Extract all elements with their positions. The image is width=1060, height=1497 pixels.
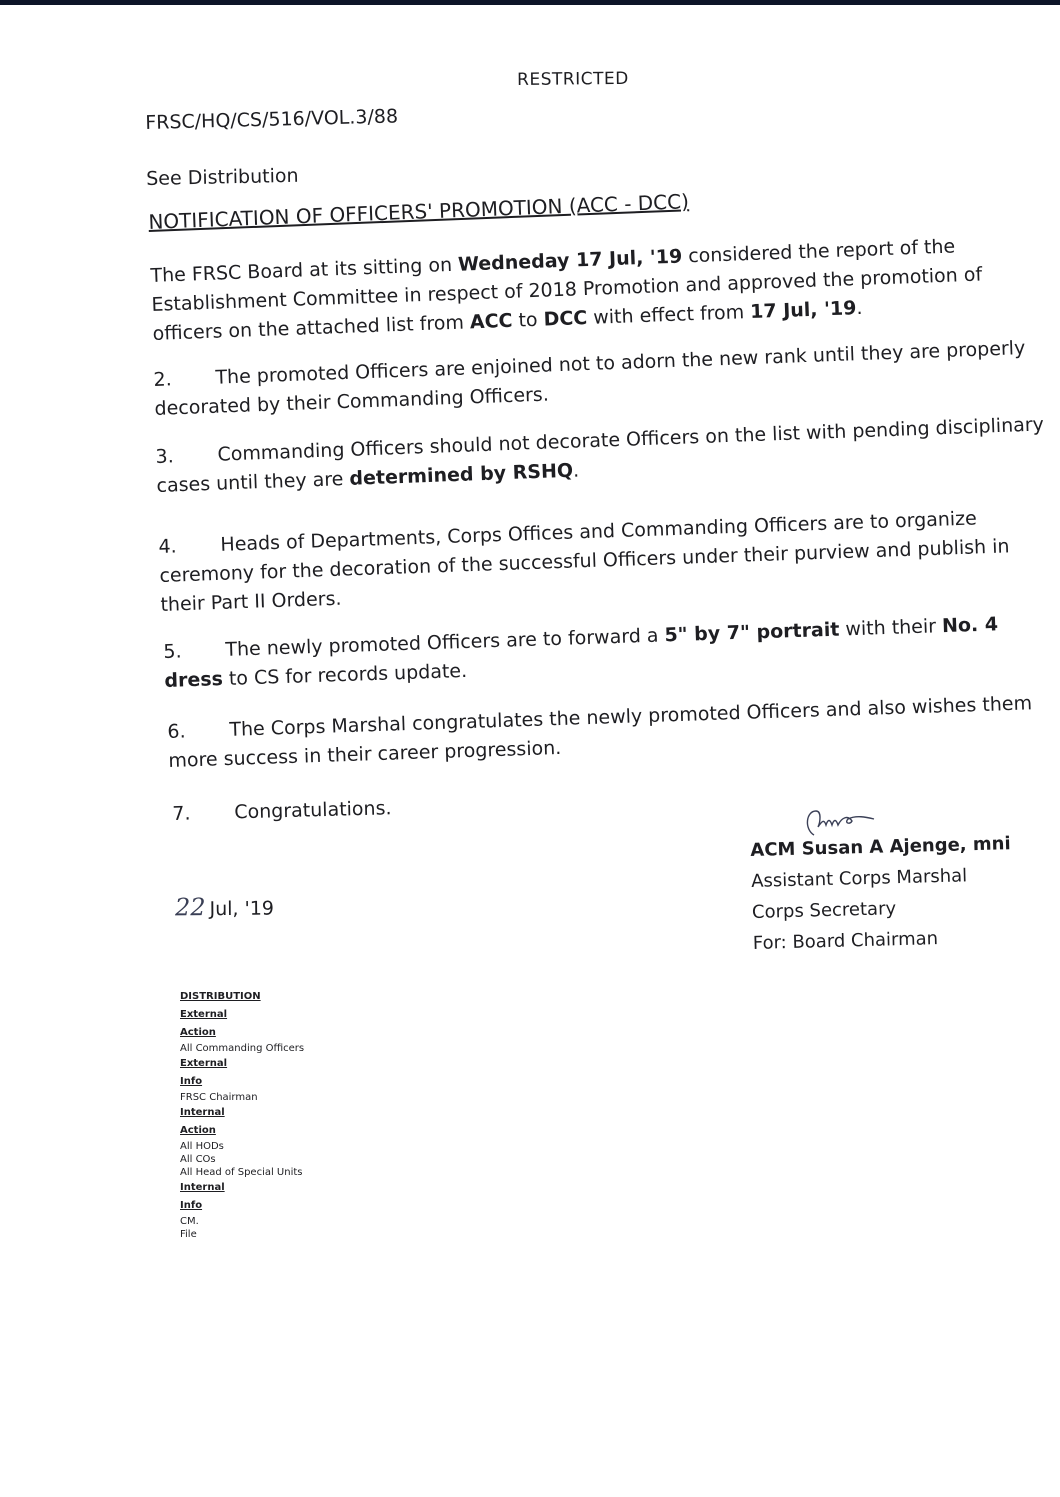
distribution-recipient: FRSC Chairman xyxy=(180,1091,304,1104)
paragraph-text: The newly promoted Officers are to forwa… xyxy=(225,624,665,661)
distribution-recipient: CM. xyxy=(180,1215,304,1228)
text: to xyxy=(512,309,544,332)
paragraph-number: 2. xyxy=(153,364,216,395)
meeting-date: Wedneday 17 Jul, '19 xyxy=(458,246,683,276)
date-month-year: Jul, '19 xyxy=(209,898,274,921)
paragraph-2: 2.The promoted Officers are enjoined not… xyxy=(153,333,1045,424)
paragraph-4: 4.Heads of Departments, Corps Offices an… xyxy=(158,502,1050,620)
distribution-scope: External xyxy=(180,1055,304,1073)
paragraph-number: 4. xyxy=(158,531,221,562)
effective-date: 17 Jul, '19 xyxy=(750,297,857,323)
paragraph-number: 6. xyxy=(167,716,230,747)
paragraph-text: Congratulations. xyxy=(234,797,392,823)
signatory-for: For: Board Chairman xyxy=(752,921,1013,959)
paragraph-1: The FRSC Board at its sitting on Wedneda… xyxy=(150,229,1043,349)
distribution-recipient: All HODs xyxy=(180,1140,304,1153)
text: with effect from xyxy=(587,301,751,329)
text: to CS for records update. xyxy=(223,660,468,690)
distribution-list: DISTRIBUTION ExternalActionAll Commandin… xyxy=(180,988,304,1241)
addressee: See Distribution xyxy=(146,165,299,190)
classification-label: RESTRICTED xyxy=(517,69,629,90)
signature-block: ACM Susan A Ajenge, mni Assistant Corps … xyxy=(750,828,1013,959)
date-day-handwritten: 22 xyxy=(175,893,206,921)
distribution-type: Info xyxy=(180,1197,304,1215)
paragraph-number: 5. xyxy=(163,636,226,667)
portrait-size: 5" by 7" portrait xyxy=(664,619,840,647)
distribution-type: Action xyxy=(180,1122,304,1140)
from-rank: ACC xyxy=(470,310,513,334)
distribution-title: DISTRIBUTION xyxy=(180,988,304,1006)
letter-date: 22Jul, '19 xyxy=(175,893,274,922)
to-rank: DCC xyxy=(543,307,587,331)
text: with their xyxy=(839,615,942,640)
distribution-recipient: All COs xyxy=(180,1153,304,1166)
distribution-scope: Internal xyxy=(180,1104,304,1122)
distribution-recipient: All Head of Special Units xyxy=(180,1166,304,1179)
paragraph-text: Commanding Officers should not decorate … xyxy=(156,413,1044,497)
distribution-recipient: All Commanding Officers xyxy=(180,1042,304,1055)
reference-number: FRSC/HQ/CS/516/VOL.3/88 xyxy=(145,105,398,134)
distribution-scope: External xyxy=(180,1006,304,1024)
paragraph-text: Heads of Departments, Corps Offices and … xyxy=(159,507,1010,616)
paragraph-7: 7.Congratulations. xyxy=(172,777,1060,829)
paragraph-text: The promoted Officers are enjoined not t… xyxy=(154,337,1025,420)
emphasis: determined by RSHQ xyxy=(349,460,573,490)
document-page: RESTRICTED FRSC/HQ/CS/516/VOL.3/88 See D… xyxy=(0,0,1060,1497)
distribution-type: Action xyxy=(180,1024,304,1042)
paragraph-6: 6.The Corps Marshal congratulates the ne… xyxy=(167,688,1058,775)
text: . xyxy=(573,459,580,481)
text: The FRSC Board at its sitting on xyxy=(150,254,458,287)
distribution-type: Info xyxy=(180,1073,304,1091)
paragraph-text: The Corps Marshal congratulates the newl… xyxy=(168,692,1032,772)
distribution-recipient: File xyxy=(180,1228,304,1241)
paragraph-number: 7. xyxy=(172,798,235,829)
distribution-scope: Internal xyxy=(180,1179,304,1197)
text: . xyxy=(856,297,863,319)
paragraph-3: 3.Commanding Officers should not decorat… xyxy=(155,410,1047,501)
document-title: NOTIFICATION OF OFFICERS' PROMOTION (ACC… xyxy=(148,189,689,234)
paragraph-5: 5.The newly promoted Officers are to for… xyxy=(163,608,1054,695)
paragraph-number: 3. xyxy=(155,441,218,472)
